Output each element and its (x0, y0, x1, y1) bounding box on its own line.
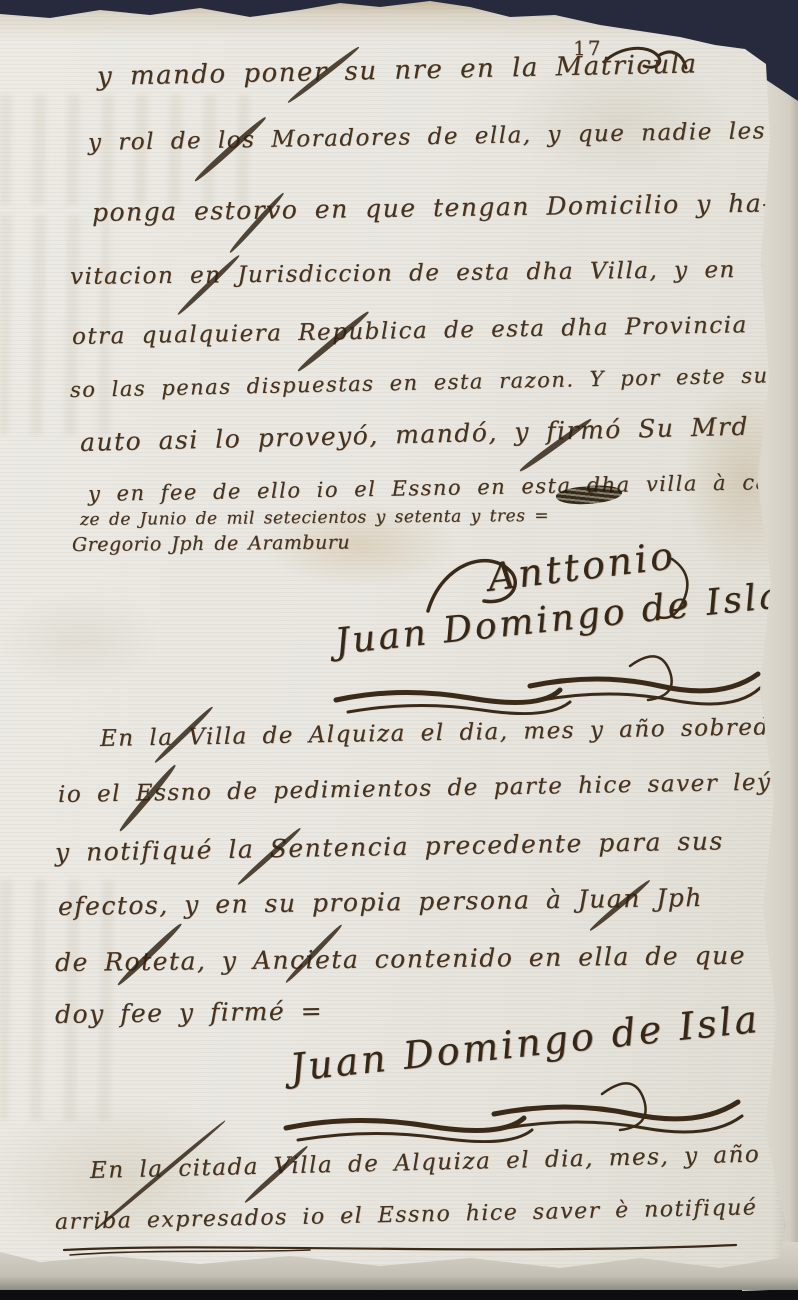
manuscript-line: y mando poner su nre en la Matricula (97, 49, 698, 92)
manuscript-line: arriba expresados io el Essno hice saver… (55, 1195, 758, 1235)
closing-underline-flourish (60, 1238, 740, 1260)
manuscript-line: y notifiqué la Sentencia precedente para… (55, 826, 724, 867)
manuscript-line: y en fee de ello io el Essno en esta dha… (88, 469, 798, 506)
manuscript-line: so las penas dispuestas en esta razon. Y… (70, 363, 769, 402)
manuscript-line: doy fee y firmé = (55, 996, 323, 1029)
manuscript-line: En la Villa de Alquiza el dia, mes y año… (100, 714, 798, 752)
scribe-name-line: Gregorio Jph de Aramburu (72, 532, 350, 556)
manuscript-line: vitacion en Jurisdiccion de esta dha Vil… (70, 257, 736, 290)
manuscript-page: 17 y mando poner su nre en la Matricula … (0, 0, 798, 1300)
signature-juan-domingo-2: Juan Domingo de Isla (288, 997, 762, 1090)
manuscript-line: auto asi lo proveyó, mandó, y firmó Su M… (80, 412, 750, 457)
manuscript-line: otra qualquiera Republica de esta dha Pr… (72, 312, 748, 350)
manuscript-date-line: ze de Junio de mil setecientos y setenta… (80, 506, 549, 530)
manuscript-scan: { "page_number": "17", "colors": { "scan… (0, 0, 798, 1300)
